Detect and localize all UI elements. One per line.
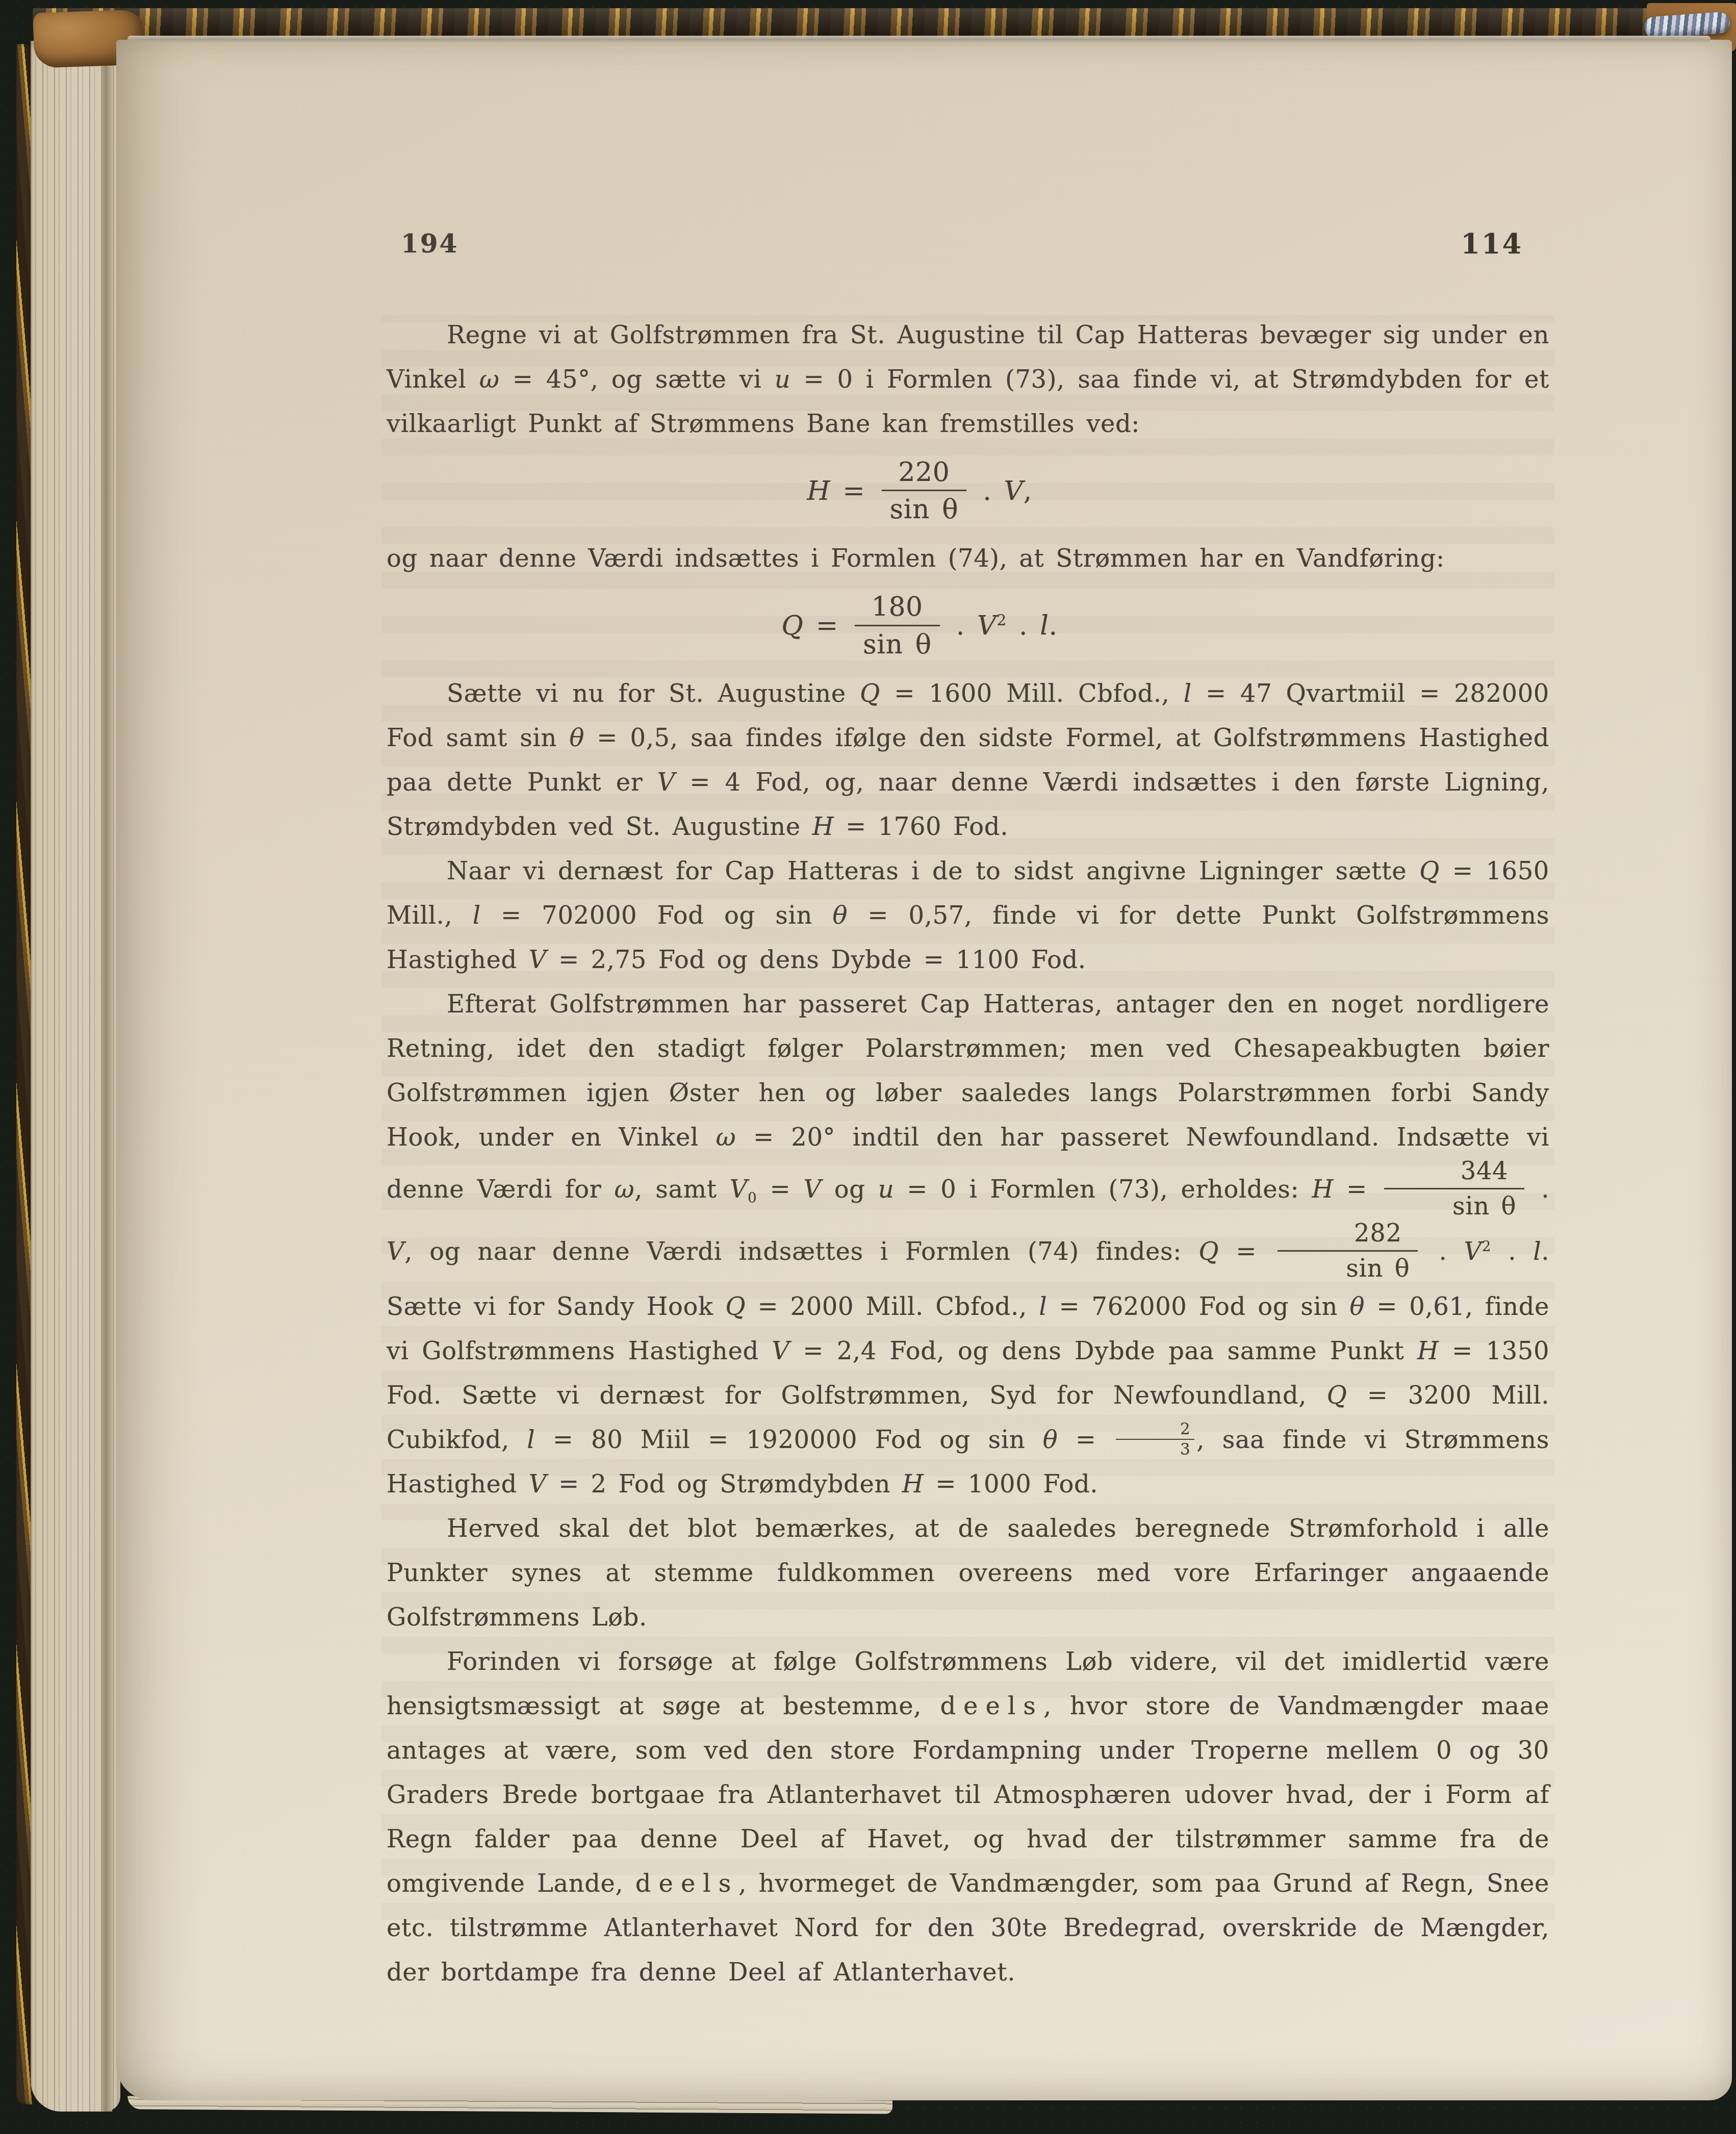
- math-variable: l: [473, 901, 481, 930]
- book-page: 194 114 Regne vi at Golfstrømmen fra St.…: [116, 40, 1732, 2100]
- math-variable: u: [775, 365, 791, 394]
- text-run: = 2000 Mill. Cbfod.,: [746, 1292, 1039, 1321]
- text-run: , og naar denne Værdi indsættes i Formle…: [404, 1237, 1198, 1266]
- text-run: deels: [940, 1692, 1043, 1720]
- text-run: =: [804, 611, 851, 642]
- page-number-row: 194 114: [387, 227, 1549, 260]
- math-variable: l: [1533, 1237, 1541, 1266]
- text-run: = 0 i Formlen (73), erholdes:: [894, 1175, 1312, 1204]
- paragraph: Efterat Golfstrømmen har passeret Cap Ha…: [387, 982, 1549, 1507]
- text-run: .: [1422, 1237, 1464, 1266]
- math-variable: l: [1040, 611, 1049, 642]
- text-run: =: [1219, 1237, 1273, 1266]
- stacked-page-edges: [31, 41, 120, 2112]
- math-variable: V: [387, 1237, 404, 1266]
- math-variable: V: [803, 1175, 821, 1204]
- text-run: = 1600 Mill. Cbfod.,: [880, 679, 1184, 708]
- text-flow: Regne vi at Golfstrømmen fra St. Augusti…: [387, 313, 1549, 1995]
- book-cover-top-edge: [33, 8, 1736, 39]
- text-run: .: [1049, 611, 1058, 642]
- math-variable: Q: [781, 611, 803, 642]
- superscript: 2: [997, 612, 1007, 629]
- text-run: .: [1491, 1237, 1533, 1266]
- math-variable: θ: [832, 901, 848, 930]
- math-variable: V: [657, 768, 675, 797]
- math-variable: V: [730, 1175, 748, 1204]
- text-run: =: [1334, 1175, 1380, 1204]
- text-run: .: [944, 611, 977, 642]
- paragraph: Sætte vi nu for St. Augustine Q = 1600 M…: [387, 672, 1549, 849]
- math-variable: Q: [1419, 857, 1440, 885]
- inline-fraction: 180sin θ: [855, 592, 940, 659]
- text-run: .: [1007, 611, 1040, 642]
- fraction-denominator: sin θ: [1384, 1188, 1524, 1221]
- math-variable: V: [1004, 476, 1024, 506]
- math-variable: H: [812, 812, 834, 841]
- text-run: , hvor store de Vandmængder maae antages…: [387, 1692, 1549, 1898]
- text-run: =: [757, 1175, 803, 1204]
- page-edge-groove: [101, 41, 112, 2112]
- paragraph: Forinden vi forsøge at følge Golfstrømme…: [387, 1640, 1549, 1995]
- text-run: = 1760 Fod.: [834, 812, 1008, 841]
- math-variable: V: [529, 946, 547, 974]
- text-block: 194 114 Regne vi at Golfstrømmen fra St.…: [387, 227, 1549, 1995]
- math-variable: θ: [1043, 1426, 1058, 1454]
- subscript: 0: [748, 1189, 757, 1206]
- page-number-left: 194: [401, 227, 458, 260]
- math-variable: l: [527, 1426, 535, 1454]
- text-run: Herved skal det blot bemærkes, at de saa…: [387, 1514, 1549, 1632]
- book-scan: 194 114 Regne vi at Golfstrømmen fra St.…: [0, 0, 1736, 2134]
- math-variable: l: [1184, 679, 1192, 708]
- paragraph: Naar vi dernæst for Cap Hatteras i de to…: [387, 849, 1549, 982]
- fraction-numerator: 2: [1116, 1421, 1194, 1439]
- text-run: = 2,75 Fod og dens Dybde = 1100 Fod.: [547, 946, 1086, 974]
- text-run: =: [1058, 1426, 1114, 1454]
- fraction-denominator: 3: [1116, 1439, 1194, 1458]
- superscript: 2: [1482, 1238, 1491, 1255]
- fraction-denominator: sin θ: [1278, 1250, 1418, 1283]
- display-formula: Q = 180sin θ . V2 . l.: [338, 594, 1501, 661]
- math-variable: H: [807, 476, 830, 506]
- math-variable: H: [1312, 1175, 1333, 1204]
- text-run: .: [1528, 1175, 1549, 1204]
- math-variable: u: [878, 1175, 895, 1204]
- inline-fraction: 282sin θ: [1278, 1220, 1418, 1283]
- math-variable: ω: [615, 1175, 635, 1204]
- math-variable: Q: [1326, 1381, 1347, 1410]
- fraction-numerator: 282: [1278, 1220, 1418, 1250]
- text-run: = 80 Miil = 1920000 Fod og sin: [535, 1426, 1042, 1454]
- page-top-edge-highlight: [127, 36, 1711, 43]
- fraction-numerator: 344: [1384, 1158, 1524, 1188]
- math-variable: V: [977, 611, 997, 642]
- fraction-numerator: 180: [855, 592, 940, 624]
- math-variable: Q: [860, 679, 880, 708]
- fraction-denominator: sin θ: [855, 625, 940, 659]
- text-run: = 1000 Fod.: [924, 1470, 1098, 1498]
- paragraph: Herved skal det blot bemærkes, at de saa…: [387, 1507, 1549, 1640]
- math-variable: θ: [569, 724, 584, 752]
- text-run: = 762000 Fod og sin: [1047, 1292, 1349, 1321]
- inline-fraction: 23: [1116, 1421, 1194, 1458]
- text-run: = 45°, og sætte vi: [500, 365, 775, 394]
- fraction-denominator: sin θ: [882, 490, 967, 524]
- paragraph: og naar denne Værdi indsættes i Formlen …: [387, 537, 1549, 581]
- text-run: Naar vi dernæst for Cap Hatteras i de to…: [447, 857, 1419, 885]
- text-run: ,: [1024, 476, 1032, 506]
- text-run: deels: [635, 1869, 739, 1898]
- math-variable: l: [1039, 1292, 1047, 1321]
- display-formula: H = 220sin θ . V,: [338, 460, 1501, 526]
- math-variable: H: [1417, 1337, 1439, 1365]
- text-run: = 2,4 Fod, og dens Dybde paa samme Punkt: [790, 1337, 1417, 1365]
- text-run: og naar denne Værdi indsættes i Formlen …: [387, 544, 1445, 573]
- text-run: og: [822, 1175, 878, 1204]
- math-variable: H: [902, 1470, 924, 1498]
- text-run: =: [830, 476, 877, 506]
- text-run: = 702000 Fod og sin: [481, 901, 833, 930]
- math-variable: θ: [1349, 1292, 1365, 1321]
- math-variable: V: [529, 1470, 547, 1498]
- math-variable: ω: [479, 365, 500, 394]
- text-run: = 2 Fod og Strømdybden: [547, 1470, 902, 1498]
- page-number-right: 114: [1461, 227, 1523, 260]
- math-variable: ω: [716, 1123, 736, 1152]
- paragraph: Regne vi at Golfstrømmen fra St. Augusti…: [387, 313, 1549, 446]
- text-run: .: [971, 476, 1004, 506]
- inline-fraction: 344sin θ: [1384, 1158, 1524, 1221]
- text-run: , samt: [634, 1175, 730, 1204]
- text-run: Sætte vi nu for St. Augustine: [447, 679, 860, 708]
- math-variable: V: [772, 1337, 789, 1365]
- math-variable: V: [1464, 1237, 1482, 1266]
- math-variable: Q: [725, 1292, 746, 1321]
- inline-fraction: 220sin θ: [882, 458, 967, 524]
- math-variable: Q: [1198, 1237, 1219, 1266]
- fraction-numerator: 220: [882, 458, 967, 490]
